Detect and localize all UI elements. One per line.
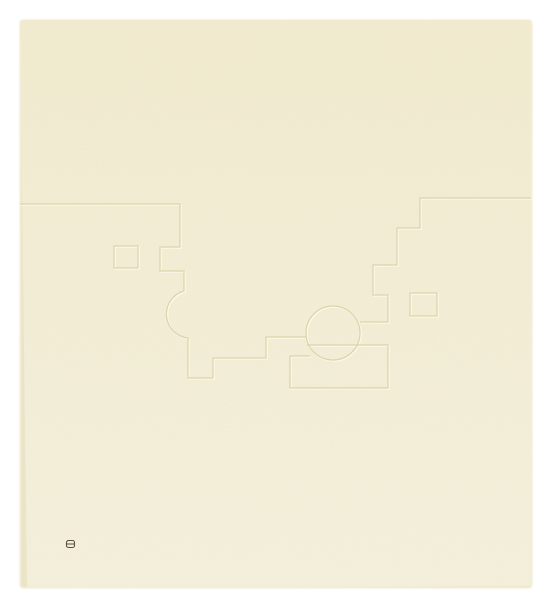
rug [0, 0, 550, 608]
product-photo: Cream wool rug with carved geometric rel… [0, 0, 550, 608]
rug-texture [20, 20, 532, 588]
